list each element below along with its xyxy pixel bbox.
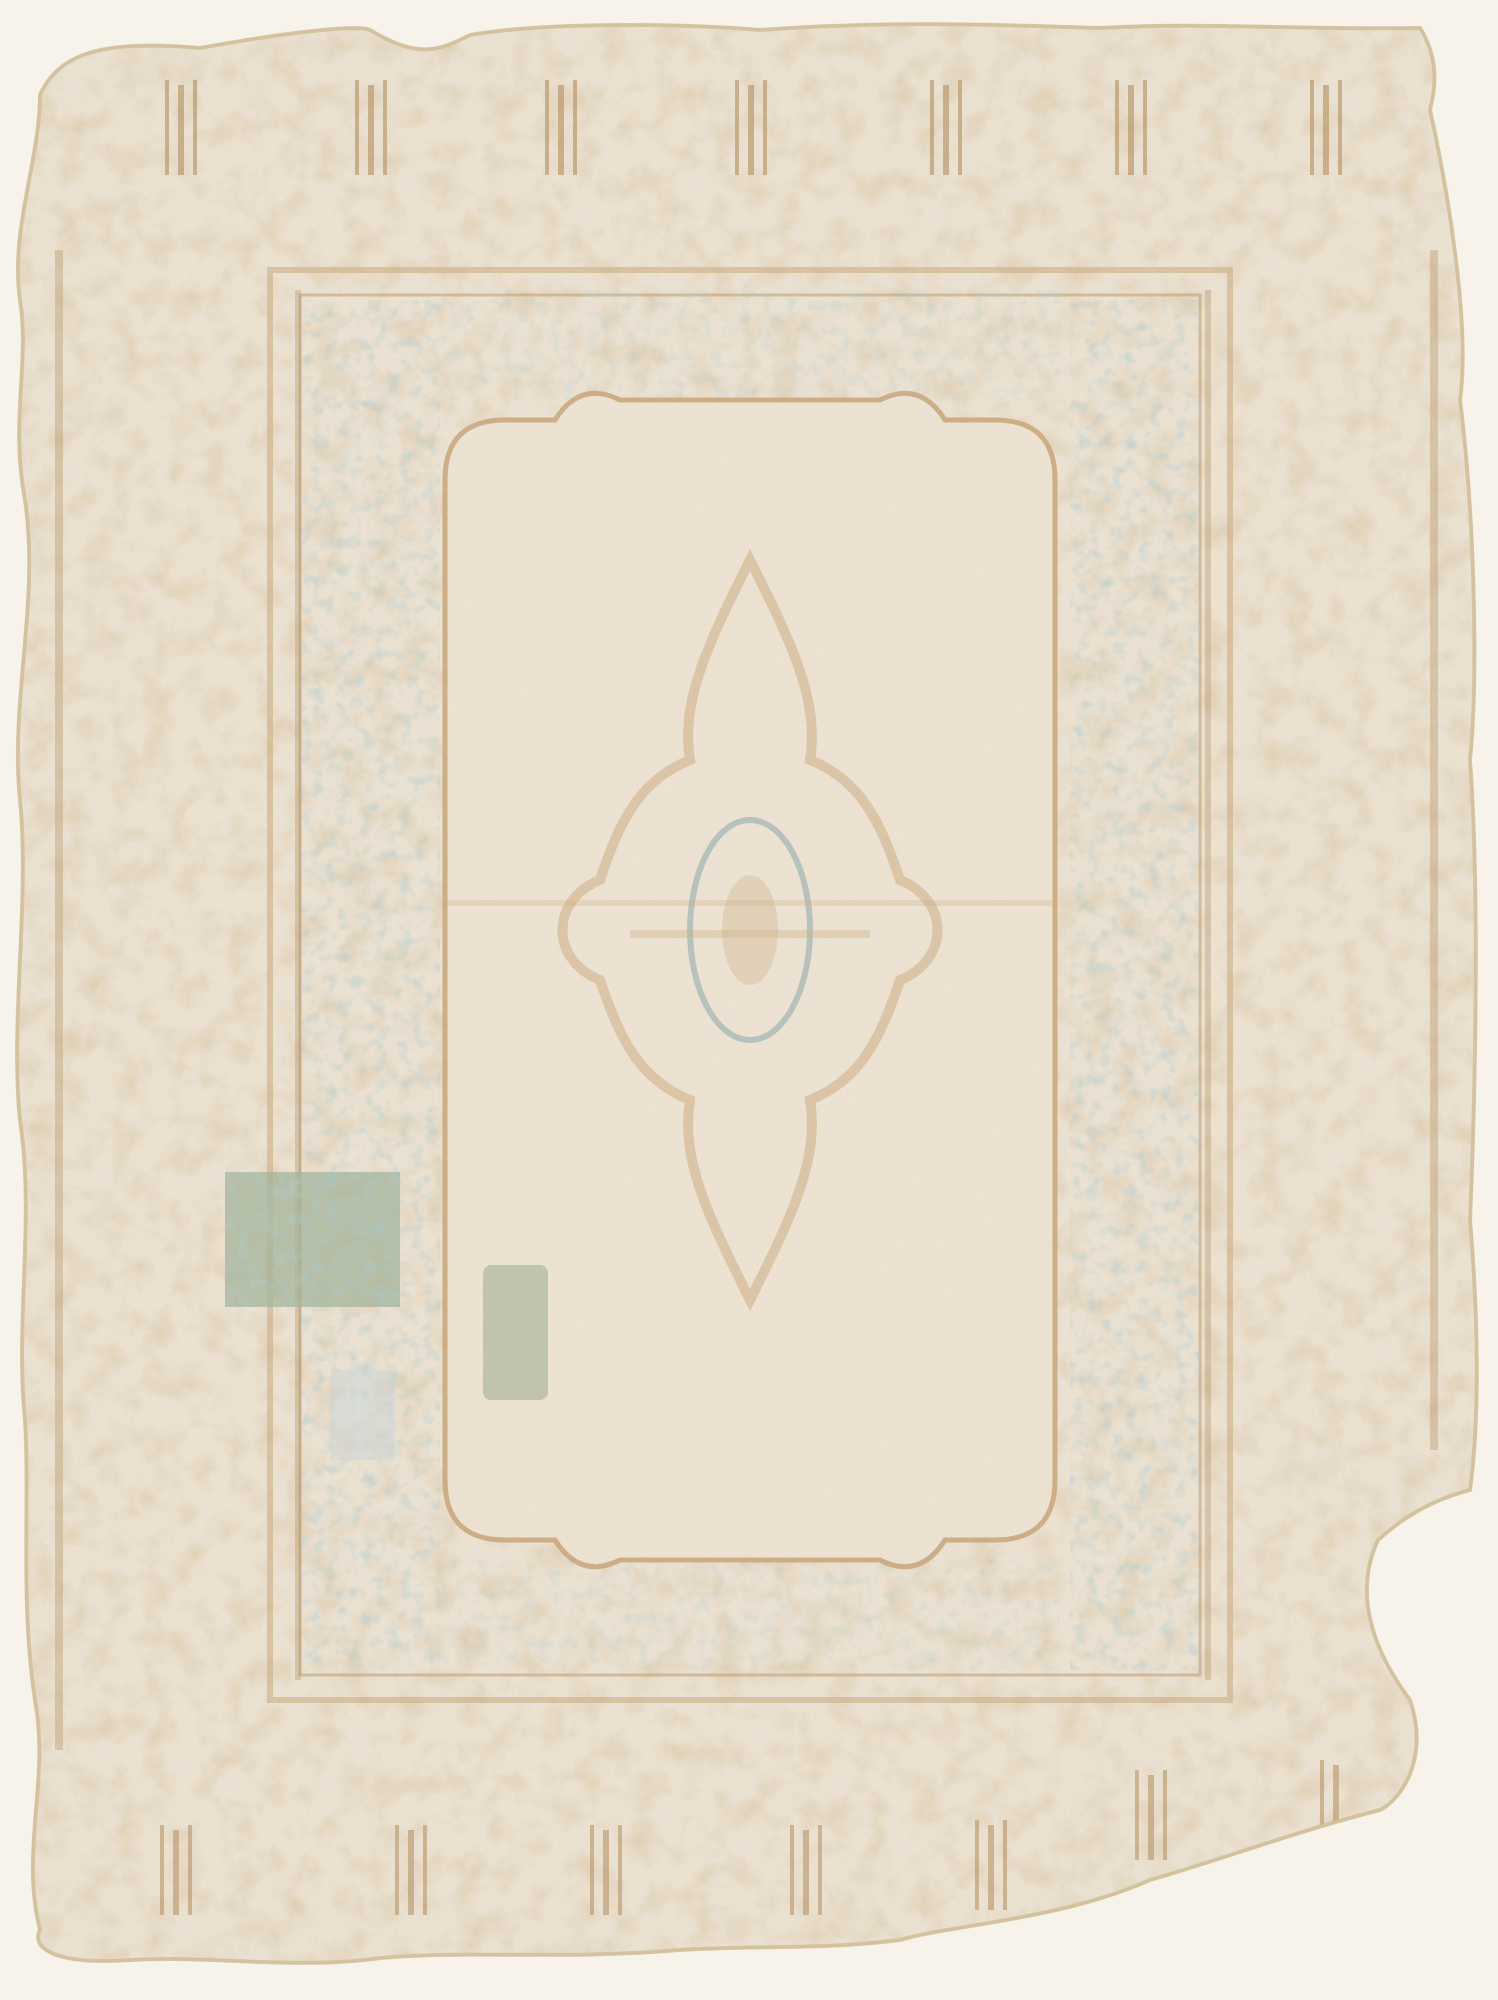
rug-pattern <box>0 0 1498 2000</box>
rug-illustration <box>0 0 1498 2000</box>
rug-photo <box>0 0 1498 2000</box>
